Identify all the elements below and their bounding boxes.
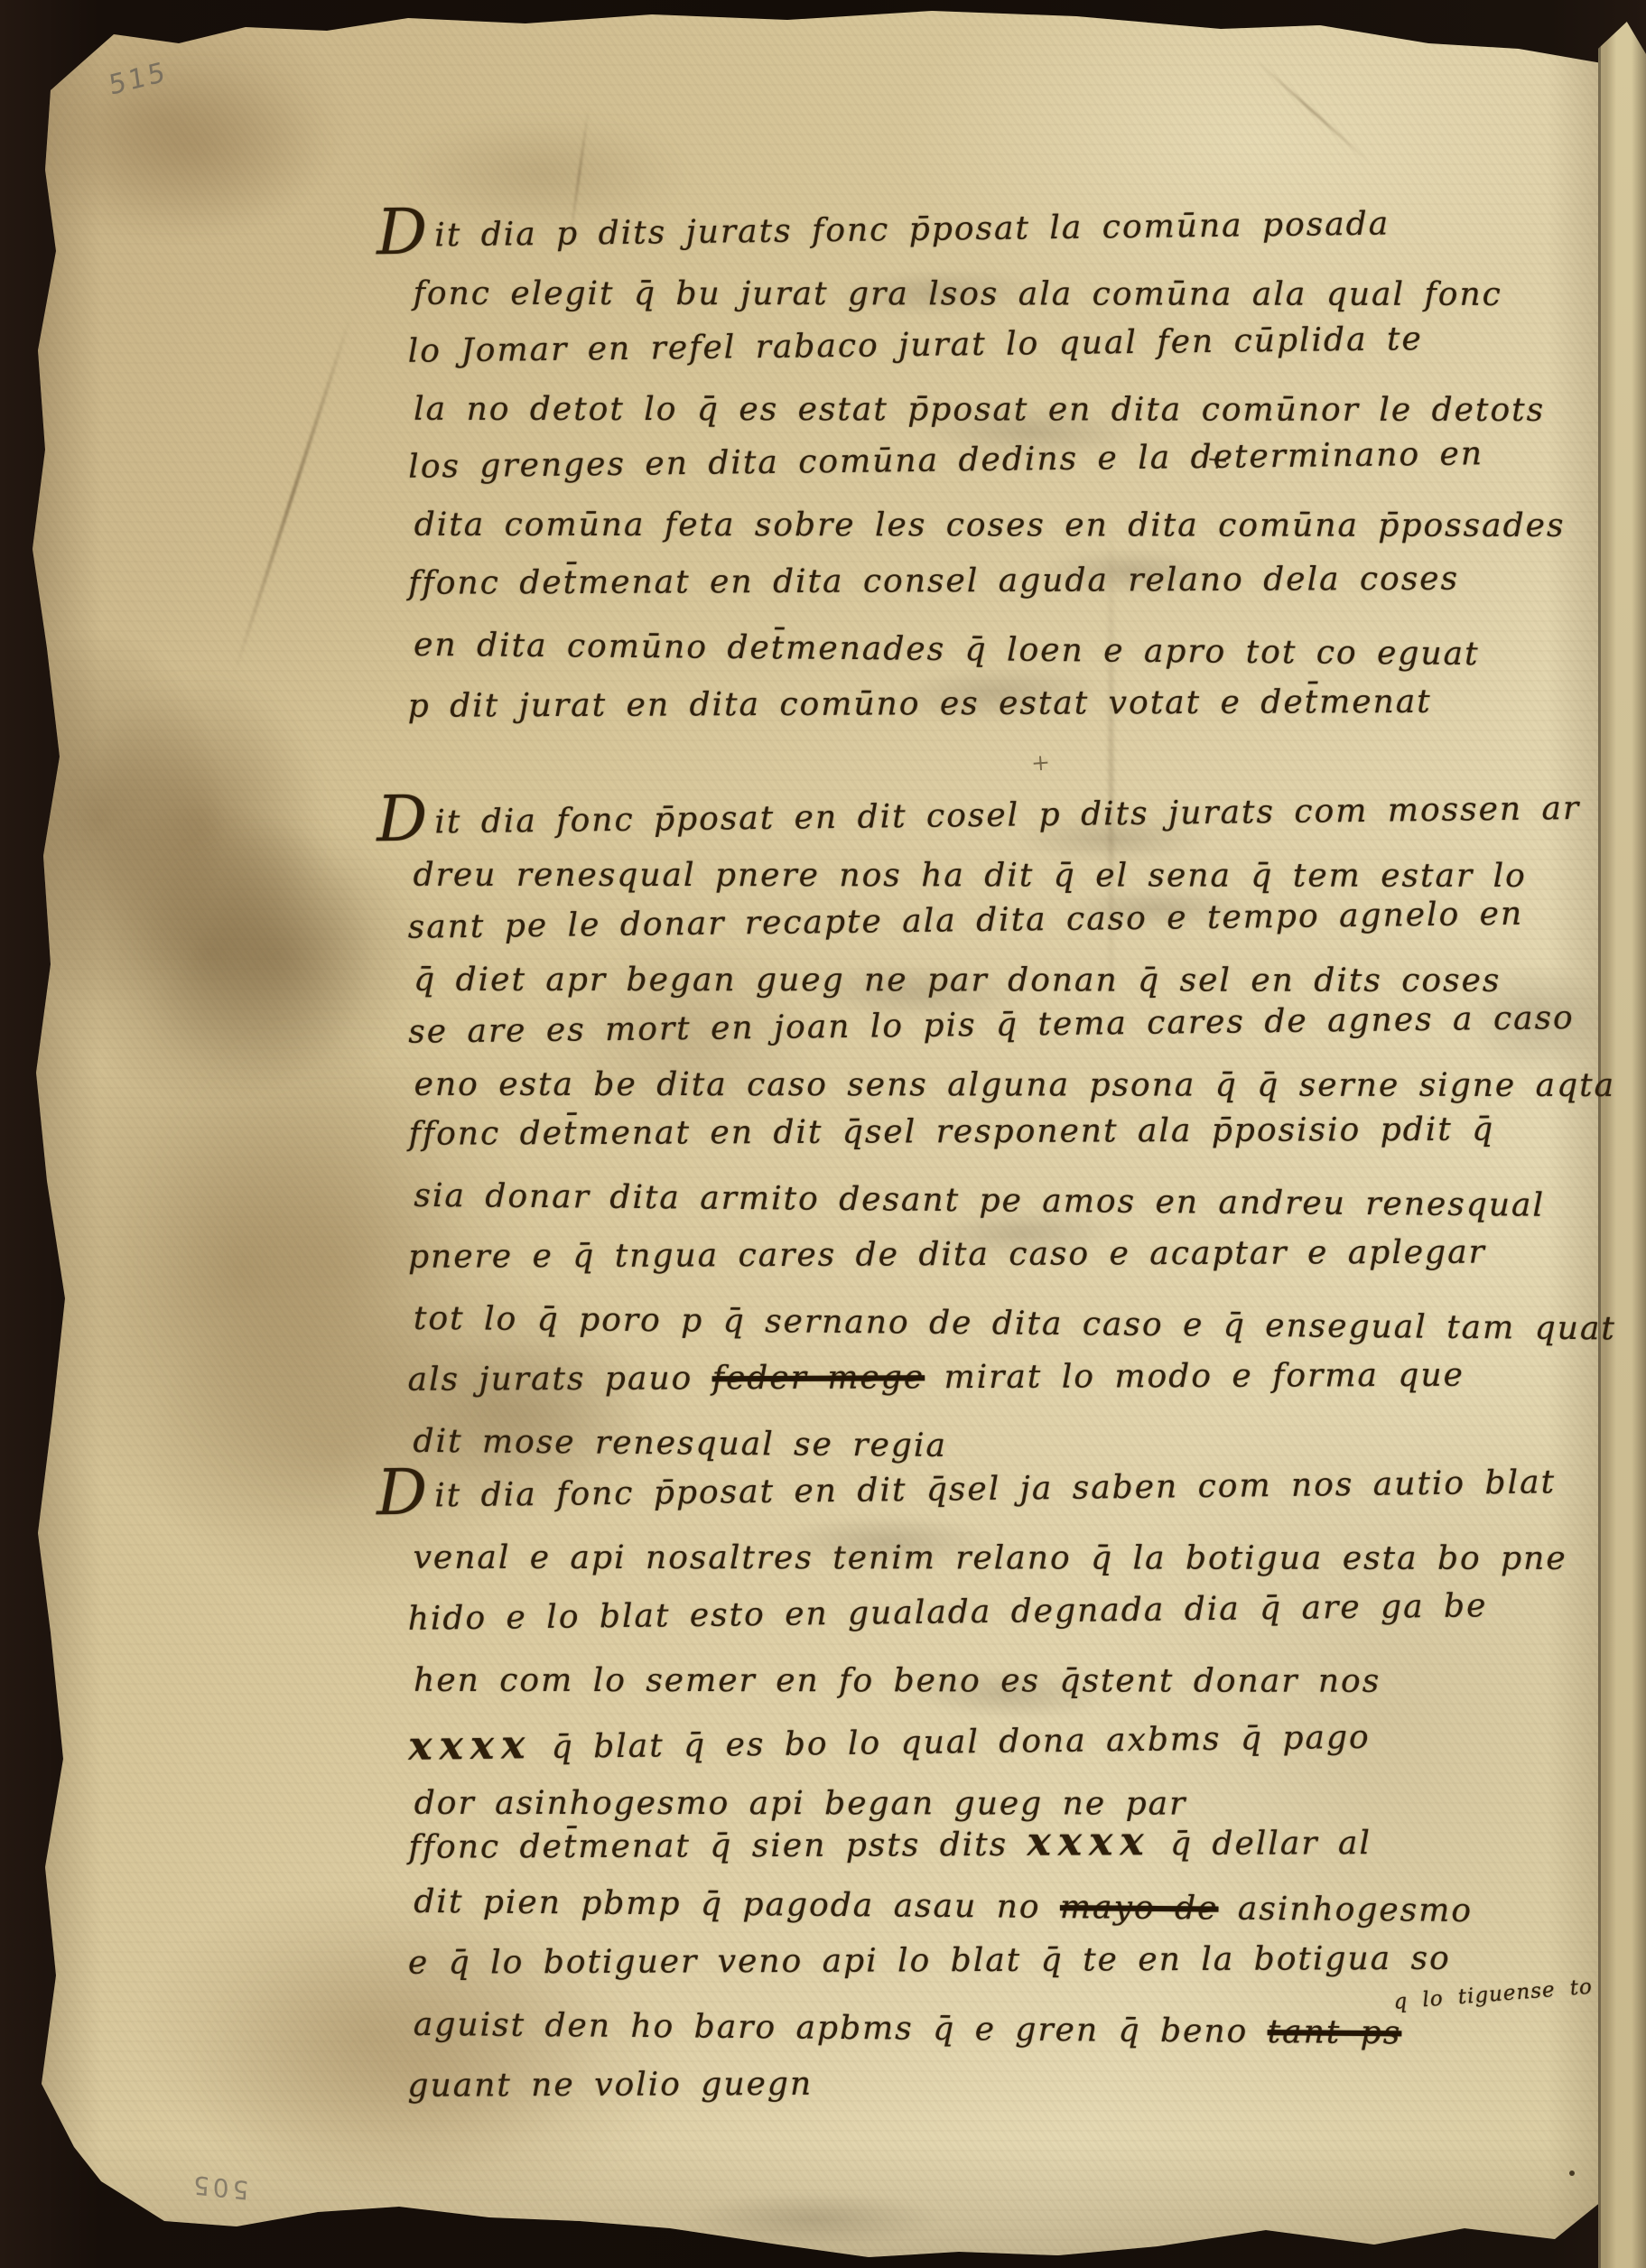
text-segment: q̄ dellar al <box>1150 1825 1372 1863</box>
paragraph: ffonc det̄menat en dit q̄sel responent a… <box>407 1116 1564 1488</box>
text-segment: it dia fonc p̄posat en dit cosel p dits … <box>434 790 1580 841</box>
manuscript-line: als jurats pauo feder mege mirat lo modo… <box>407 1356 1563 1423</box>
text-segment: hen com lo semer en fo beno es q̄stent d… <box>414 1662 1381 1700</box>
text-segment: venal e api nosaltres tenim relano q̄ la… <box>414 1539 1567 1577</box>
text-segment: aguist den ho baro apbms q̄ e gren q̄ be… <box>414 2006 1268 2050</box>
manuscript-line: Dit dia p dits jurats fonc p̄posat la co… <box>407 203 1564 275</box>
text-segment: dit mose renesqual se regia <box>413 1423 947 1464</box>
text-segment: dreu renesqual pnere nos ha dit q̄ el se… <box>414 857 1527 895</box>
text-segment: q̄ blat q̄ es bo lo qual dona axbms q̄ p… <box>532 1719 1371 1766</box>
manuscript-line: ffonc det̄menat en dit q̄sel responent a… <box>408 1111 1564 1177</box>
paragraph: ffonc det̄menat q̄ sien psts dits xxxx q… <box>407 1822 1564 2133</box>
manuscript-line: guant ne volio guegn <box>407 2062 1563 2129</box>
paragraph: Dit dia fonc p̄posat en dit q̄sel ja sab… <box>407 1473 1565 1846</box>
manuscript-line: Dit dia fonc p̄posat en dit q̄sel ja sab… <box>407 1464 1564 1539</box>
text-segment: xxxx <box>1028 1818 1151 1865</box>
text-segment: tot lo q̄ poro p q̄ sernano de dita caso… <box>414 1300 1616 1348</box>
text-segment: dit pien pbmp q̄ pagoda asau no <box>414 1883 1060 1926</box>
paragraph: Dit dia p dits jurats fonc p̄posat la co… <box>407 212 1565 564</box>
drop-cap-initial: D <box>377 819 429 820</box>
text-segment: q̄ diet apr began gueg ne par donan q̄ s… <box>414 962 1501 999</box>
text-segment: en dita comūno det̄menades q̄ loen e apr… <box>414 627 1480 673</box>
text-segment: ffonc det̄menat en dita consel aguda rel… <box>408 561 1459 602</box>
text-segment: asinhogesmo <box>1218 1891 1473 1929</box>
manuscript-line: e q̄ lo botiguer veno api lo blat q̄ te … <box>408 1939 1564 2006</box>
text-segment: pnere e q̄ tngua cares de dita caso e ac… <box>408 1234 1486 1276</box>
text-segment: it dia p dits jurats fonc p̄posat la com… <box>434 206 1390 255</box>
text-segment: guant ne volio guegn <box>407 2066 813 2105</box>
manuscript-line: pnere e q̄ tngua cares de dita caso e ac… <box>408 1233 1564 1300</box>
struck-text-segment: feder mege <box>712 1359 925 1397</box>
text-segment: ffonc det̄menat q̄ sien psts dits <box>408 1826 1027 1866</box>
text-segment: dor asinhogesmo api began gueg ne par <box>414 1785 1187 1823</box>
text-segment: ffonc det̄menat en dit q̄sel responent a… <box>408 1111 1494 1153</box>
drop-cap-initial: D <box>377 232 429 233</box>
manuscript-line: dita comūna feta sobre les coses en dita… <box>414 507 1570 565</box>
text-segment: als jurats pauo <box>407 1360 711 1398</box>
paragraph: ffonc det̄menat en dita consel aguda rel… <box>408 565 1565 753</box>
text-segment: la no detot lo q̄ es estat p̄posat en di… <box>414 391 1545 429</box>
manuscript-text-block: Dit dia p dits jurats fonc p̄posat la co… <box>0 0 1646 2268</box>
manuscript-line: p dit jurat en dita comūno es estat vota… <box>408 683 1564 749</box>
text-segment: sia donar dita armito desant pe amos en … <box>414 1177 1545 1224</box>
text-segment: e q̄ lo botiguer veno api lo blat q̄ te … <box>408 1940 1451 1982</box>
text-segment: xxxx <box>408 1722 533 1770</box>
text-segment: mirat lo modo e forma que <box>925 1357 1465 1397</box>
manuscript-line: xxxx q̄ blat q̄ es bo lo qual dona axbms… <box>408 1709 1565 1785</box>
text-segment: dita comūna feta sobre les coses en dita… <box>414 507 1566 544</box>
struck-text-segment: mayo de <box>1060 1889 1219 1928</box>
manuscript-line: ffonc det̄menat en dita consel aguda rel… <box>408 560 1564 627</box>
struck-text-segment: tant ps <box>1268 2013 1402 2051</box>
manuscript-line: ffonc det̄menat q̄ sien psts dits xxxx q… <box>408 1817 1564 1883</box>
text-segment: eno esta be dita caso sens alguna psona … <box>414 1066 1616 1104</box>
paragraph: Dit dia fonc p̄posat en dit cosel p dits… <box>407 799 1565 1119</box>
document-scan: 515 505 + + Dit dia p dits jurats fonc p… <box>0 0 1646 2268</box>
manuscript-line: Dit dia fonc p̄posat en dit cosel p dits… <box>407 790 1564 857</box>
text-segment: fonc elegit q̄ bu jurat gra lsos ala com… <box>414 275 1502 313</box>
drop-cap-initial: D <box>377 1492 429 1493</box>
manuscript-line: hido e lo blat esto en gualada degnada d… <box>407 1586 1564 1662</box>
text-segment: p dit jurat en dita comūno es estat vota… <box>408 683 1432 725</box>
